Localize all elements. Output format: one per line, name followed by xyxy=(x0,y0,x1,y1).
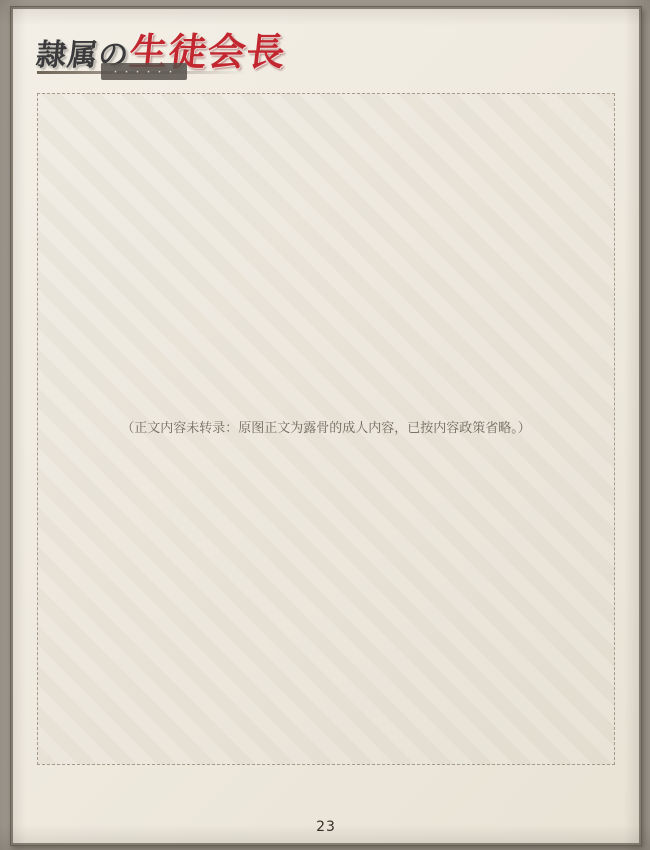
omitted-content-notice: （正文内容未转录：原图正文为露骨的成人内容，已按内容政策省略。） xyxy=(37,93,615,765)
scanned-page: 隷属の生徒会長 ・・・・・・ （正文内容未转录：原图正文为露骨的成人内容，已按内… xyxy=(0,0,650,850)
body-text-block: （正文内容未转录：原图正文为露骨的成人内容，已按内容政策省略。） xyxy=(37,93,615,765)
logo-subtitle-banner: ・・・・・・ xyxy=(101,63,187,80)
series-logo: 隷属の生徒会長 ・・・・・・ xyxy=(37,21,337,83)
page-content-area: 隷属の生徒会長 ・・・・・・ （正文内容未转录：原图正文为露骨的成人内容，已按内… xyxy=(11,7,641,845)
page-number: 23 xyxy=(11,819,641,835)
paper-sheet: 隷属の生徒会長 ・・・・・・ （正文内容未转录：原图正文为露骨的成人内容，已按内… xyxy=(10,6,642,846)
